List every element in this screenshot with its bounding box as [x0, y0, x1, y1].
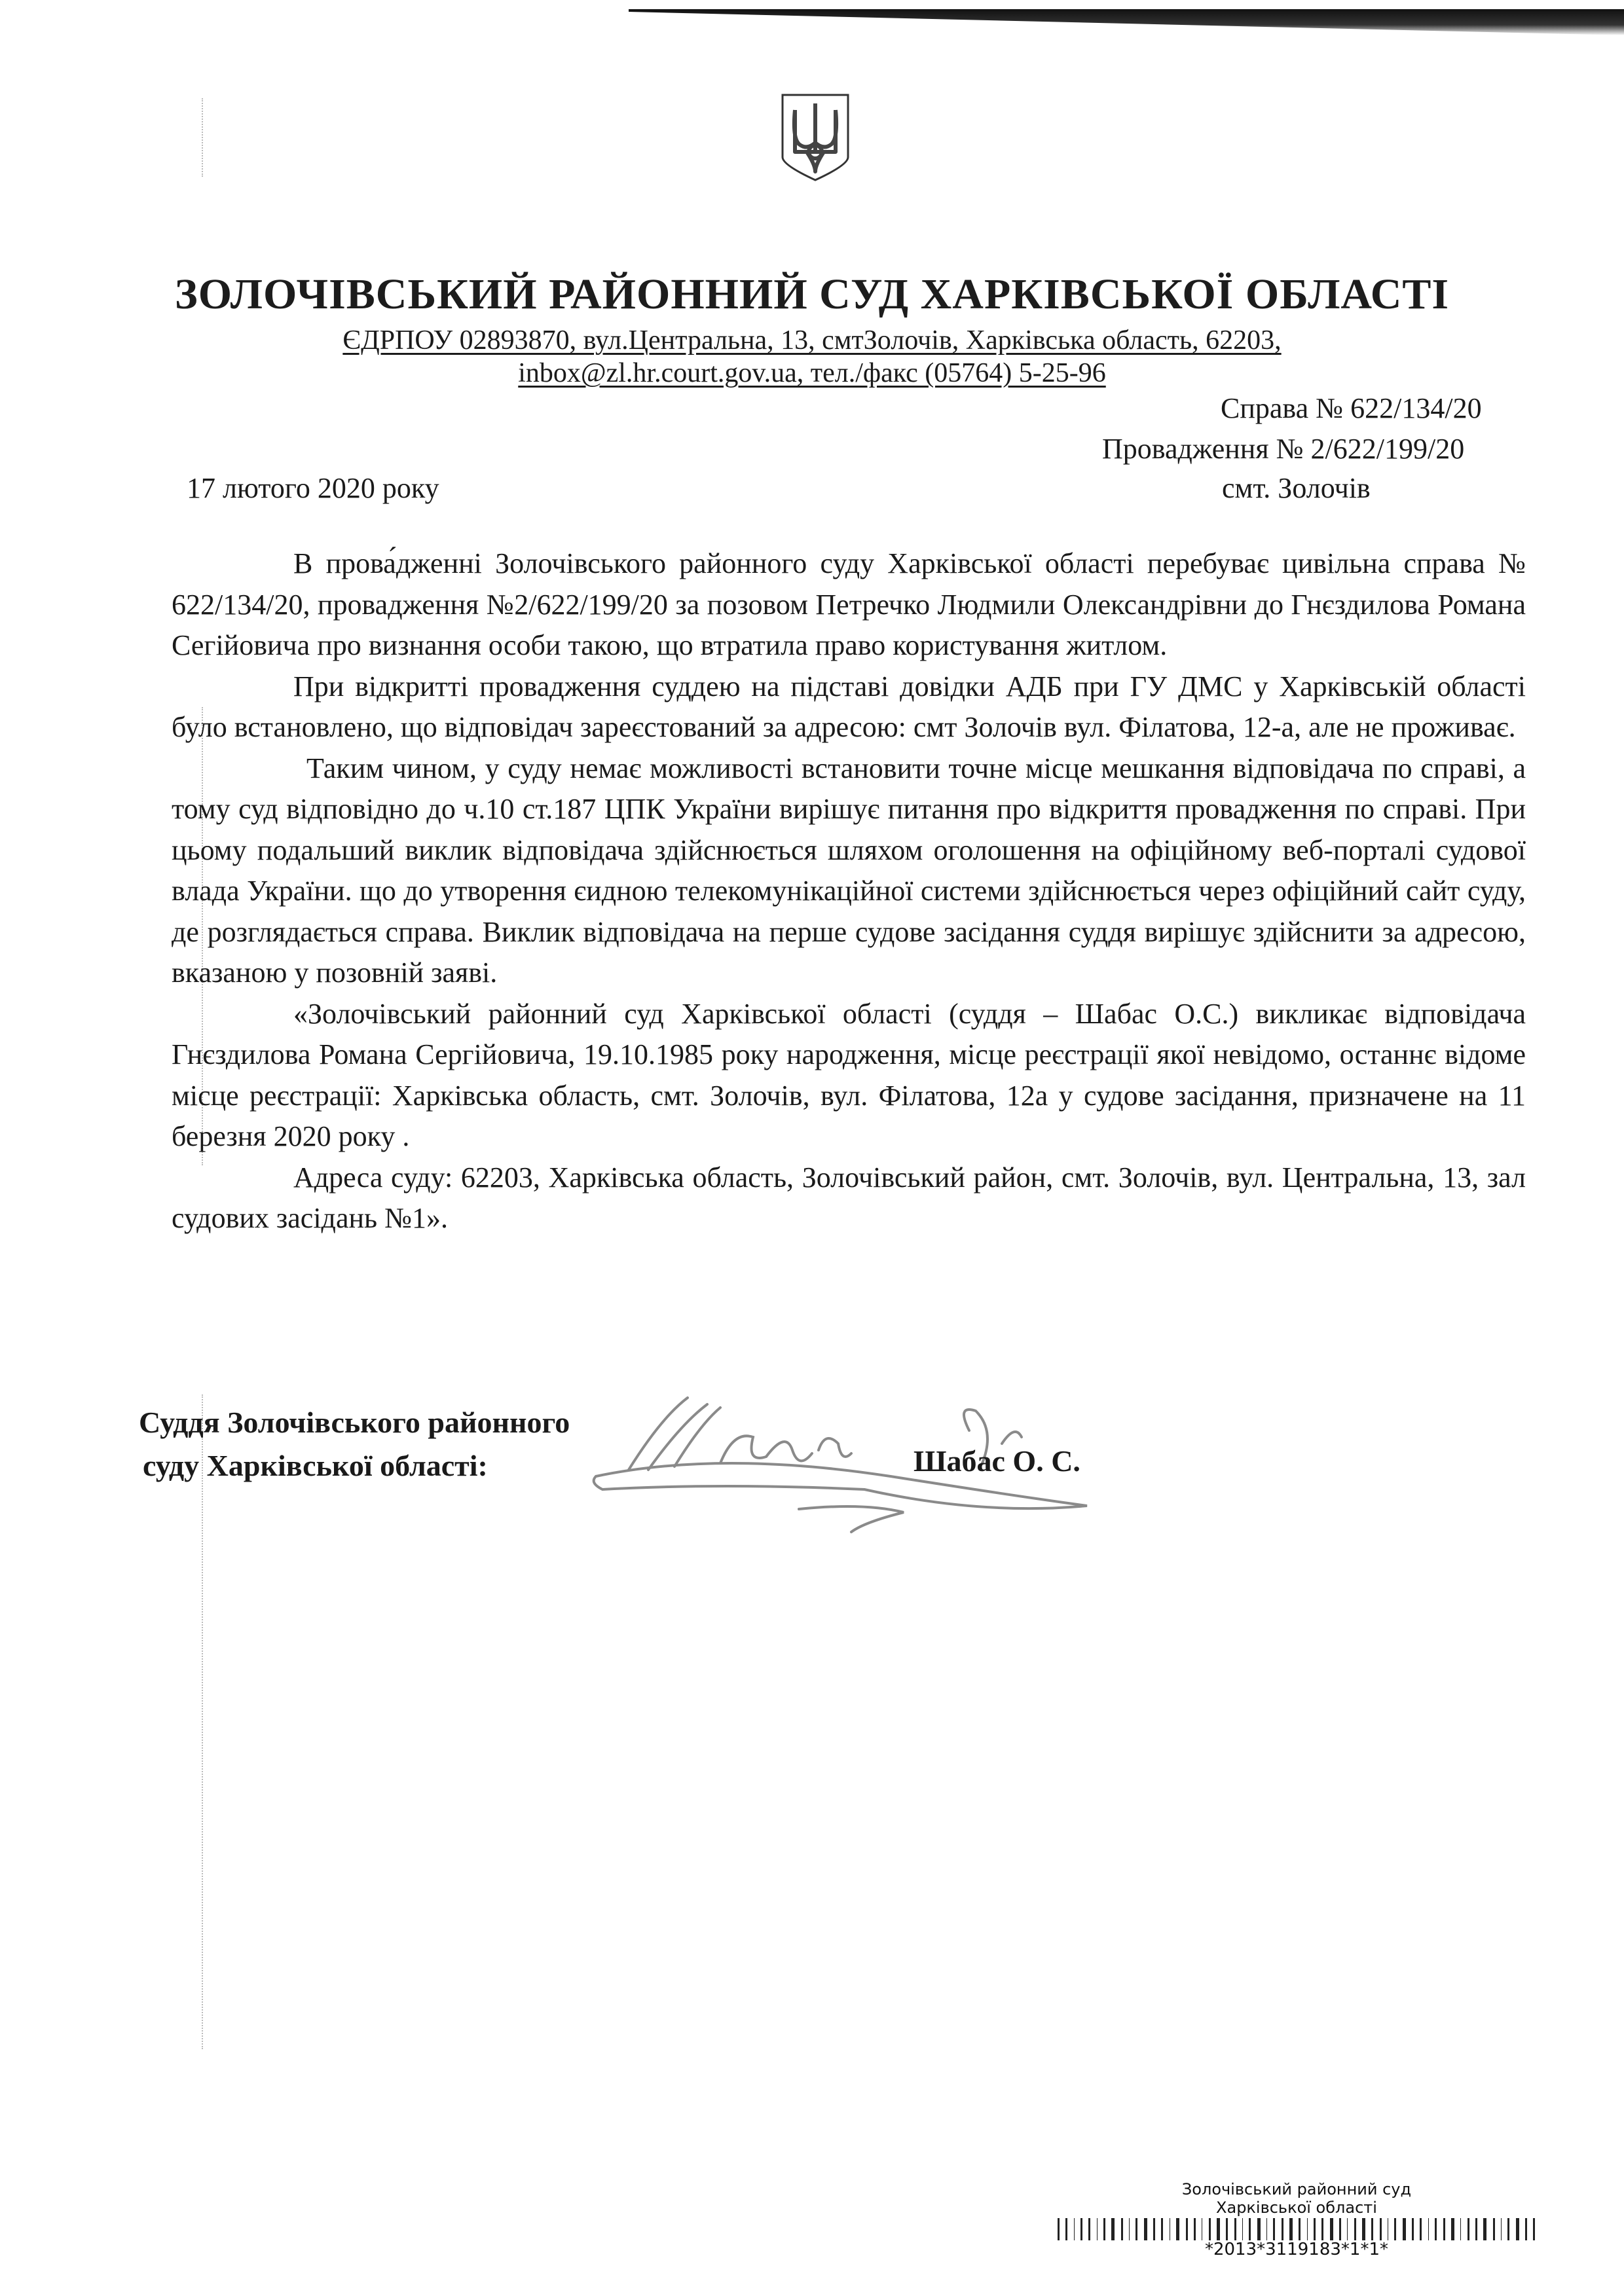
case-number: Справа № 622/134/20: [1221, 392, 1482, 425]
document-date: 17 лютого 2020 року: [187, 471, 439, 505]
address-text: ЄДРПОУ 02893870, вул.Центральна, 13, смт…: [342, 325, 1281, 355]
body-paragraph: При відкритті провадження суддею на підс…: [172, 666, 1526, 748]
court-title: ЗОЛОЧІВСЬКИЙ РАЙОННИЙ СУД ХАРКІВСЬКОЇ ОБ…: [0, 270, 1624, 319]
body-paragraph: В прова́дженні Золочівського районного с…: [172, 543, 1526, 666]
tryzub-coat-of-arms-icon: [779, 92, 851, 183]
scan-margin-marks: [202, 1394, 206, 2049]
body-paragraph: Адреса суду: 62203, Харківська область, …: [172, 1157, 1526, 1239]
proceeding-number: Провадження № 2/622/199/20: [1102, 432, 1464, 465]
body-paragraph: Таким чином, у суду немає можливості вст…: [172, 748, 1526, 994]
court-contacts-address: ЄДРПОУ 02893870, вул.Центральна, 13, смт…: [0, 325, 1624, 356]
signature-title: Суддя Золочівського районного суду Харкі…: [139, 1401, 570, 1487]
signature-title-line: Суддя Золочівського районного: [139, 1401, 570, 1444]
court-contacts-email-phone: inbox@zl.hr.court.gov.ua, тел./факс (057…: [0, 357, 1624, 389]
stamp-line: Харківської області: [1048, 2198, 1545, 2217]
document-body: В прова́дженні Золочівського районного с…: [172, 543, 1526, 1239]
stamp-line: Золочівський районний суд: [1048, 2180, 1545, 2198]
scan-edge-artifact: [629, 9, 1624, 35]
scan-margin-marks: [202, 98, 206, 177]
judge-name: Шабас О. С.: [913, 1444, 1080, 1478]
barcode: [1058, 2218, 1536, 2240]
signature-title-line: суду Харківської області:: [139, 1444, 570, 1487]
body-paragraph: «Золочівський районний суд Харківської о…: [172, 994, 1526, 1157]
barcode-number: *2013*3119183*1*1*: [1048, 2240, 1545, 2259]
document-place: смт. Золочів: [1222, 471, 1371, 505]
email-phone-text: inbox@zl.hr.court.gov.ua, тел./факс (057…: [518, 358, 1105, 388]
registration-stamp: Золочівський районний суд Харківської об…: [1048, 2180, 1545, 2259]
